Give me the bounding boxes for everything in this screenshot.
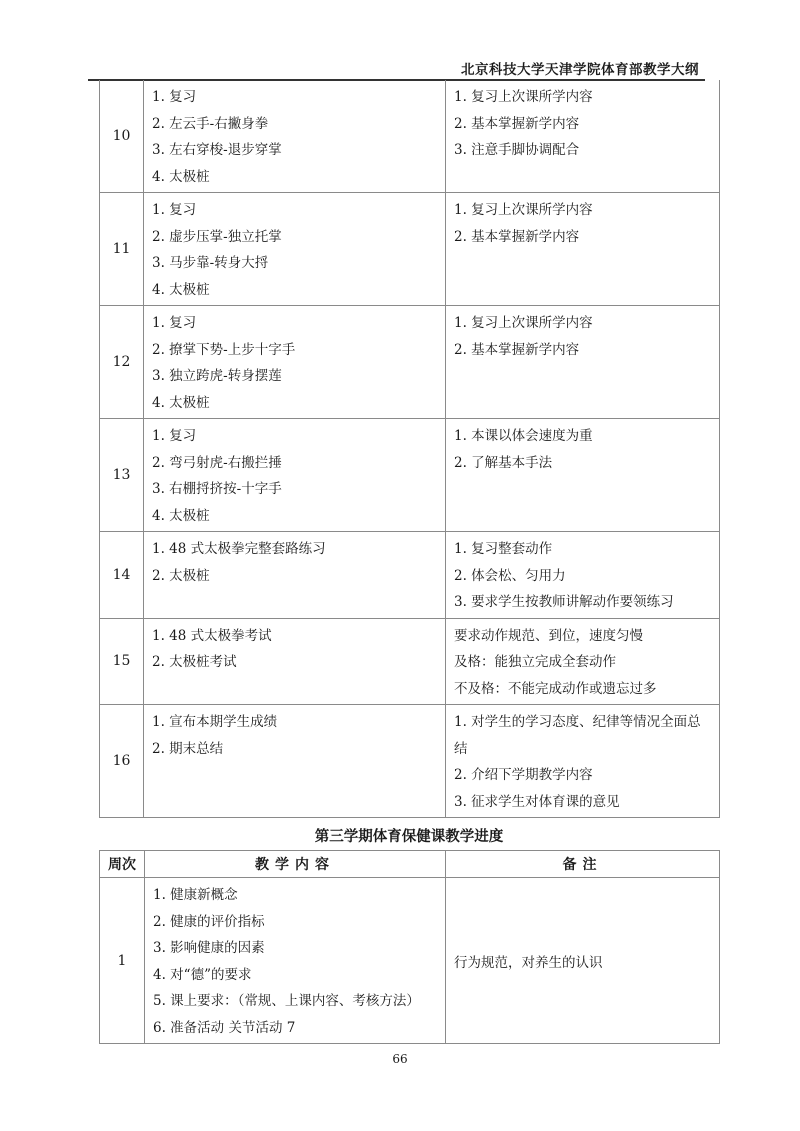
content-cell: 1. 宣布本期学生成绩 2. 期末总结 xyxy=(144,705,446,818)
content-cell: 1. 复习 2. 左云手-右撇身拳 3. 左右穿梭-退步穿掌 4. 太极桩 xyxy=(144,80,446,193)
content-cell: 1. 复习 2. 弯弓射虎-右搬拦捶 3. 右棚捋挤按-十字手 4. 太极桩 xyxy=(144,419,446,532)
week-cell: 15 xyxy=(100,618,144,705)
notes-cell: 1. 复习整套动作 2. 体会松、匀用力 3. 要求学生按教师讲解动作要领练习 xyxy=(446,532,720,619)
table-row: 14 1. 48 式太极拳完整套路练习 2. 太极桩 1. 复习整套动作 2. … xyxy=(100,532,720,619)
column-header-content: 教学内容 xyxy=(145,851,446,878)
content-item: 6. 准备活动 关节活动 7 xyxy=(153,1015,437,1042)
schedule-table-term3: 周次 教学内容 备注 1 1. 健康新概念 2. 健康的评价指标 3. 影响健康… xyxy=(99,850,720,1044)
running-header: 北京科技大学天津学院体育部教学大纲 xyxy=(88,58,705,78)
note-item: 2. 基本掌握新学内容 xyxy=(454,337,711,364)
content-item: 4. 太极桩 xyxy=(152,164,437,191)
column-header-week: 周次 xyxy=(100,851,145,878)
table-row: 16 1. 宣布本期学生成绩 2. 期末总结 1. 对学生的学习态度、纪律等情况… xyxy=(100,705,720,818)
note-item: 2. 体会松、匀用力 xyxy=(454,563,711,590)
week-cell: 16 xyxy=(100,705,144,818)
note-item: 1. 对学生的学习态度、纪律等情况全面总结 xyxy=(454,709,711,762)
note-item: 3. 征求学生对体育课的意见 xyxy=(454,789,711,816)
week-cell: 11 xyxy=(100,193,144,306)
content-item: 2. 虚步压掌-独立托掌 xyxy=(152,224,437,251)
note-item: 1. 复习上次课所学内容 xyxy=(454,84,711,111)
note-item: 2. 介绍下学期教学内容 xyxy=(454,762,711,789)
content-item: 2. 左云手-右撇身拳 xyxy=(152,111,437,138)
note-item: 2. 基本掌握新学内容 xyxy=(454,224,711,251)
content-item: 3. 右棚捋挤按-十字手 xyxy=(152,476,437,503)
note-item: 要求动作规范、到位，速度匀慢 xyxy=(454,623,711,650)
content-item: 2. 期末总结 xyxy=(152,736,437,763)
table-row: 11 1. 复习 2. 虚步压掌-独立托掌 3. 马步靠-转身大捋 4. 太极桩… xyxy=(100,193,720,306)
note-item: 2. 基本掌握新学内容 xyxy=(454,111,711,138)
notes-cell: 行为规范，对养生的认识 xyxy=(446,878,720,1044)
week-cell: 1 xyxy=(100,878,145,1044)
section-title: 第三学期体育保健课教学进度 xyxy=(99,825,719,846)
column-header-notes: 备注 xyxy=(446,851,720,878)
table-row: 15 1. 48 式太极拳考试 2. 太极桩考试 要求动作规范、到位，速度匀慢 … xyxy=(100,618,720,705)
week-cell: 14 xyxy=(100,532,144,619)
content-item: 3. 左右穿梭-退步穿掌 xyxy=(152,137,437,164)
note-item: 1. 复习整套动作 xyxy=(454,536,711,563)
content-item: 1. 复习 xyxy=(152,84,437,111)
content-item: 2. 弯弓射虎-右搬拦捶 xyxy=(152,450,437,477)
content-item: 5. 课上要求：（常规、上课内容、考核方法） xyxy=(153,988,437,1015)
page-number: 66 xyxy=(0,1052,800,1066)
content-cell: 1. 48 式太极拳完整套路练习 2. 太极桩 xyxy=(144,532,446,619)
notes-cell: 1. 复习上次课所学内容 2. 基本掌握新学内容 3. 注意手脚协调配合 xyxy=(446,80,720,193)
content-item: 4. 太极桩 xyxy=(152,277,437,304)
table-header-row: 周次 教学内容 备注 xyxy=(100,851,720,878)
content-item: 1. 48 式太极拳完整套路练习 xyxy=(152,536,437,563)
notes-cell: 1. 对学生的学习态度、纪律等情况全面总结 2. 介绍下学期教学内容 3. 征求… xyxy=(446,705,720,818)
schedule-table-continued: 10 1. 复习 2. 左云手-右撇身拳 3. 左右穿梭-退步穿掌 4. 太极桩… xyxy=(99,80,720,818)
content-item: 1. 复习 xyxy=(152,310,437,337)
content-cell: 1. 复习 2. 虚步压掌-独立托掌 3. 马步靠-转身大捋 4. 太极桩 xyxy=(144,193,446,306)
note-item: 1. 本课以体会速度为重 xyxy=(454,423,711,450)
table-row: 10 1. 复习 2. 左云手-右撇身拳 3. 左右穿梭-退步穿掌 4. 太极桩… xyxy=(100,80,720,193)
content-item: 2. 太极桩考试 xyxy=(152,649,437,676)
note-item: 及格：能独立完成全套动作 xyxy=(454,649,711,676)
table-row: 12 1. 复习 2. 撩掌下势-上步十字手 3. 独立跨虎-转身摆莲 4. 太… xyxy=(100,306,720,419)
content-item: 1. 健康新概念 xyxy=(153,882,437,909)
content-item: 1. 复习 xyxy=(152,423,437,450)
content-cell: 1. 48 式太极拳考试 2. 太极桩考试 xyxy=(144,618,446,705)
content-cell: 1. 健康新概念 2. 健康的评价指标 3. 影响健康的因素 4. 对“德”的要… xyxy=(145,878,446,1044)
content-cell: 1. 复习 2. 撩掌下势-上步十字手 3. 独立跨虎-转身摆莲 4. 太极桩 xyxy=(144,306,446,419)
note-item: 1. 复习上次课所学内容 xyxy=(454,197,711,224)
week-cell: 12 xyxy=(100,306,144,419)
content-item: 2. 健康的评价指标 xyxy=(153,909,437,936)
note-item: 3. 注意手脚协调配合 xyxy=(454,137,711,164)
table-row: 13 1. 复习 2. 弯弓射虎-右搬拦捶 3. 右棚捋挤按-十字手 4. 太极… xyxy=(100,419,720,532)
notes-cell: 1. 复习上次课所学内容 2. 基本掌握新学内容 xyxy=(446,193,720,306)
content-item: 3. 影响健康的因素 xyxy=(153,935,437,962)
note-item: 3. 要求学生按教师讲解动作要领练习 xyxy=(454,589,711,616)
notes-cell: 1. 本课以体会速度为重 2. 了解基本手法 xyxy=(446,419,720,532)
notes-cell: 1. 复习上次课所学内容 2. 基本掌握新学内容 xyxy=(446,306,720,419)
content-item: 4. 太极桩 xyxy=(152,390,437,417)
note-item: 不及格：不能完成动作或遗忘过多 xyxy=(454,676,711,703)
content-item: 1. 48 式太极拳考试 xyxy=(152,623,437,650)
content-item: 3. 独立跨虎-转身摆莲 xyxy=(152,363,437,390)
week-cell: 13 xyxy=(100,419,144,532)
content-item: 1. 复习 xyxy=(152,197,437,224)
content-item: 1. 宣布本期学生成绩 xyxy=(152,709,437,736)
content-item: 3. 马步靠-转身大捋 xyxy=(152,250,437,277)
content-item: 2. 太极桩 xyxy=(152,563,437,590)
content-item: 2. 撩掌下势-上步十字手 xyxy=(152,337,437,364)
table-row: 1 1. 健康新概念 2. 健康的评价指标 3. 影响健康的因素 4. 对“德”… xyxy=(100,878,720,1044)
notes-cell: 要求动作规范、到位，速度匀慢 及格：能独立完成全套动作 不及格：不能完成动作或遗… xyxy=(446,618,720,705)
note-item: 2. 了解基本手法 xyxy=(454,450,711,477)
content-item: 4. 太极桩 xyxy=(152,503,437,530)
note-item: 1. 复习上次课所学内容 xyxy=(454,310,711,337)
content-item: 4. 对“德”的要求 xyxy=(153,962,437,989)
week-cell: 10 xyxy=(100,80,144,193)
